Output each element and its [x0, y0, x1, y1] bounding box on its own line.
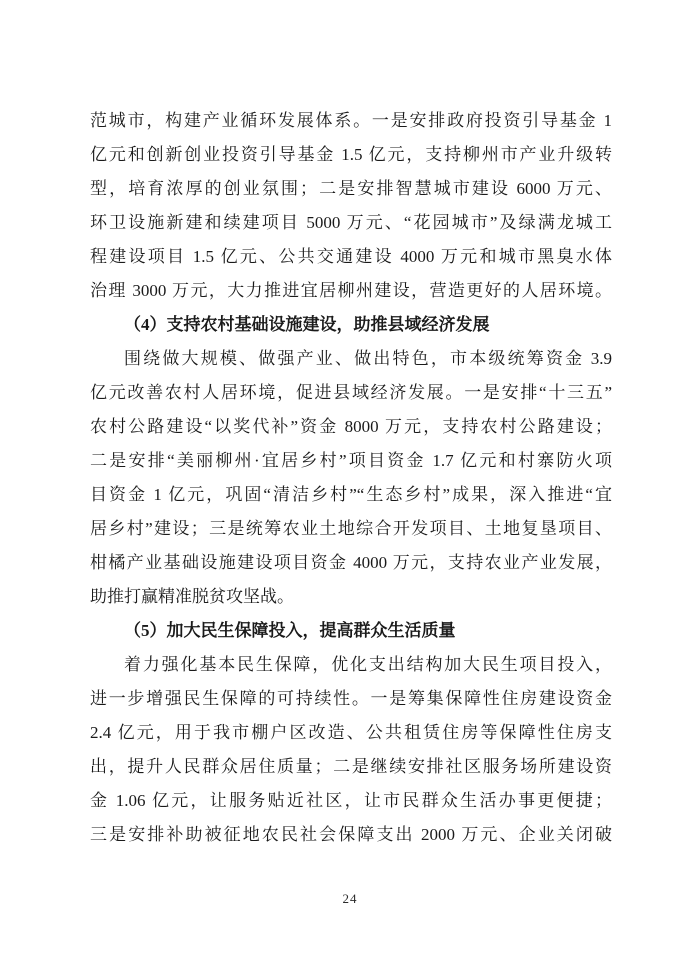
text-line: 居乡村”建设；三是统筹农业土地综合开发项目、土地复垦项目、 — [90, 512, 612, 546]
text-line: 亿元和创新创业投资引导基金 1.5 亿元，支持柳州市产业升级转 — [90, 138, 612, 172]
text-line: 农村公路建设“以奖代补”资金 8000 万元，支持农村公路建设； — [90, 410, 612, 444]
text-line: 柑橘产业基础设施建设项目资金 4000 万元，支持农业产业发展， — [90, 546, 612, 580]
text-line: 三是安排补助被征地农民社会保障支出 2000 万元、企业关闭破 — [90, 818, 612, 852]
page-footer: 24 — [0, 891, 700, 907]
text-line: 金 1.06 亿元，让服务贴近社区，让市民群众生活办事更便捷； — [90, 784, 612, 818]
paragraph: 着力强化基本民生保障，优化支出结构加大民生项目投入，进一步增强民生保障的可持续性… — [90, 648, 612, 852]
paragraph: 围绕做大规模、做强产业、做出特色，市本级统筹资金 3.9亿元改善农村人居环境，促… — [90, 342, 612, 614]
text-line: 2.4 亿元，用于我市棚户区改造、公共租赁住房等保障性住房支 — [90, 716, 612, 750]
document-page: 范城市，构建产业循环发展体系。一是安排政府投资引导基金 1亿元和创新创业投资引导… — [0, 0, 700, 966]
section-heading: （5）加大民生保障投入，提高群众生活质量 — [90, 614, 612, 648]
text-line: 亿元改善农村人居环境，促进县域经济发展。一是安排“十三五” — [90, 376, 612, 410]
paragraph: 范城市，构建产业循环发展体系。一是安排政府投资引导基金 1亿元和创新创业投资引导… — [90, 104, 612, 308]
page-number: 24 — [343, 891, 358, 906]
text-line: 进一步增强民生保障的可持续性。一是筹集保障性住房建设资金 — [90, 682, 612, 716]
text-line: 二是安排“美丽柳州·宜居乡村”项目资金 1.7 亿元和村寨防火项 — [90, 444, 612, 478]
text-line: 范城市，构建产业循环发展体系。一是安排政府投资引导基金 1 — [90, 104, 612, 138]
text-line: 型，培育浓厚的创业氛围；二是安排智慧城市建设 6000 万元、 — [90, 172, 612, 206]
text-line: 围绕做大规模、做强产业、做出特色，市本级统筹资金 3.9 — [90, 342, 612, 376]
document-body: 范城市，构建产业循环发展体系。一是安排政府投资引导基金 1亿元和创新创业投资引导… — [90, 104, 612, 852]
text-line: 治理 3000 万元，大力推进宜居柳州建设，营造更好的人居环境。 — [90, 274, 612, 308]
text-line: 着力强化基本民生保障，优化支出结构加大民生项目投入， — [90, 648, 612, 682]
text-line: 出，提升人民群众居住质量；二是继续安排社区服务场所建设资 — [90, 750, 612, 784]
section-heading: （4）支持农村基础设施建设，助推县域经济发展 — [90, 308, 612, 342]
text-line: 程建设项目 1.5 亿元、公共交通建设 4000 万元和城市黑臭水体 — [90, 240, 612, 274]
text-line: 目资金 1 亿元，巩固“清洁乡村”“生态乡村”成果，深入推进“宜 — [90, 478, 612, 512]
text-line: 环卫设施新建和续建项目 5000 万元、“花园城市”及绿满龙城工 — [90, 206, 612, 240]
text-line: 助推打赢精准脱贫攻坚战。 — [90, 580, 612, 614]
